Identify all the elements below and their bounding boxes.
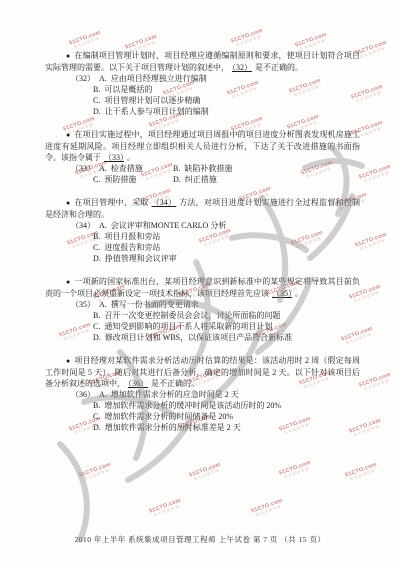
option-label: D. bbox=[93, 333, 101, 342]
question-34-stem: ●在项目管理中，采取（34）方法，对项目进度计划实施进行全过程监督和控制是经济和… bbox=[45, 197, 360, 220]
exam-paper-page: 51CTO.com技术成就梦想51CTO.com技术成就梦想51CTO.com技… bbox=[0, 0, 400, 565]
exam-content: ●在编制项目管理计划时，项目经理应遵循编制原则和要求，使项目计划符合项目实际管理… bbox=[45, 50, 360, 445]
option-label: D. bbox=[173, 175, 181, 184]
question-number: （32） bbox=[71, 74, 95, 83]
stamp-slogan-text: 技术成就梦想 bbox=[147, 502, 186, 519]
bullet-icon: ● bbox=[66, 199, 70, 207]
bullet-icon: ● bbox=[66, 357, 70, 365]
option-36-d: D.增加软件需求分析的历时标准差是 2 天 bbox=[93, 422, 360, 433]
option-text: 进度报告和旁站 bbox=[104, 243, 160, 252]
51cto-stamp-watermark: 51CTO.com技术成就梦想 bbox=[248, 497, 289, 519]
stamp-slogan-text: 技术成就梦想 bbox=[277, 464, 316, 481]
stamp-site-text: 51CTO.com bbox=[228, 27, 267, 45]
question-34-options: （34）A.会议评审和MONTE CARLO 分析 B.项目月报和旁站 C.进度… bbox=[45, 220, 360, 264]
option-35-a: （35）A.撰写一份书面的变更请求 bbox=[71, 299, 360, 310]
option-label: C. bbox=[93, 175, 100, 184]
51cto-stamp-watermark: 51CTO.com技术成就梦想 bbox=[276, 459, 317, 481]
option-34-d: D.挣值管理和会议评审 bbox=[93, 253, 360, 264]
stem-text: 一项新的国家标准出台，某项目经理意识到新标准中的某些规定将导致其目前负责的一个项… bbox=[45, 277, 360, 298]
option-label: D. bbox=[93, 254, 101, 263]
blank-32: （32） bbox=[229, 63, 255, 72]
option-33-b: B.缺陷补救措施 bbox=[173, 163, 360, 174]
option-36-c: C.增加软件需求分析的时间储备是 20% bbox=[93, 411, 360, 422]
51cto-stamp-watermark: 51CTO.com技术成就梦想 bbox=[342, 461, 383, 483]
question-number: （36） bbox=[71, 390, 95, 399]
question-32-stem: ●在编制项目管理计划时，项目经理应遵循编制原则和要求，使项目计划符合项目实际管理… bbox=[45, 50, 360, 73]
option-text: 挣值管理和会议评审 bbox=[105, 254, 177, 263]
option-34-b: B.项目月报和旁站 bbox=[93, 231, 360, 242]
option-33-a: （33）A.检查措施 bbox=[71, 163, 173, 174]
blank-34: （34） bbox=[149, 198, 180, 207]
option-label: D. bbox=[93, 107, 101, 116]
stamp-slogan-text: 技术成就梦想 bbox=[357, 168, 396, 185]
stamp-site-text: 51CTO.com bbox=[146, 497, 185, 515]
page-footer: 2010 年上半年 系统集成项目管理工程师 上午试卷 第 7 页 （共 15 页… bbox=[0, 534, 400, 545]
option-32-b: B.可以是概括的 bbox=[93, 84, 360, 95]
option-label: A. bbox=[99, 300, 107, 309]
bullet-icon: ● bbox=[66, 131, 70, 139]
stem-text: 在项目实施过程中，项目经理通过项目周报中的项目进度分析图表发现机房施工进度有延期… bbox=[45, 130, 360, 162]
51cto-stamp-watermark: 51CTO.com技术成就梦想 bbox=[76, 461, 117, 483]
option-label: B. bbox=[173, 164, 180, 173]
question-32-options: （32）A.应由项目经理独立进行编制 B.可以是概括的 C.项目管理计划可以逐步… bbox=[45, 73, 360, 117]
question-34: ●在项目管理中，采取（34）方法，对项目进度计划实施进行全过程监督和控制是经济和… bbox=[45, 197, 360, 264]
stamp-slogan-text: 技术成就梦想 bbox=[343, 466, 382, 483]
question-33-options: （33）A.检查措施 B.缺陷补救措施 C.预防措施 D.纠正措施 bbox=[71, 163, 360, 185]
option-32-c: C.项目管理计划可以逐步精确 bbox=[93, 95, 360, 106]
option-36-a: （36）A.增加软件需求分析的应急时间是 2 天 bbox=[71, 389, 360, 400]
option-text: 纠正措施 bbox=[185, 175, 217, 184]
51cto-stamp-watermark: 51CTO.com技术成就梦想 bbox=[146, 497, 187, 519]
option-text: 预防措施 bbox=[104, 175, 136, 184]
question-36-stem: ●项目经理对某软件需求分析活动历时估算的结果是：该活动用时 2 周（假定每周工作… bbox=[45, 355, 360, 389]
option-label: A. bbox=[99, 164, 107, 173]
option-text: 可以是概括的 bbox=[104, 85, 152, 94]
option-label: B. bbox=[93, 401, 100, 410]
question-35-options: （35）A.撰写一份书面的变更请求 B.召开一次变更控制委员会会议，讨论所面临的… bbox=[45, 299, 360, 343]
stamp-slogan-text: 技术成就梦想 bbox=[187, 466, 226, 483]
stamp-site-text: 51CTO.com bbox=[276, 459, 315, 477]
stamp-site-text: 51CTO.com bbox=[292, 31, 331, 49]
option-text: 项目月报和旁站 bbox=[104, 232, 160, 241]
option-label: A. bbox=[99, 74, 107, 83]
stem-text: 项目经理对某软件需求分析活动历时估算的结果是：该活动用时 2 周（假定每周工作时… bbox=[45, 356, 360, 388]
option-36-b: B.增加软件需求分析的缓冲时间是该活动历时的 20% bbox=[93, 400, 360, 411]
question-number: （35） bbox=[71, 300, 95, 309]
option-34-a: （34）A.会议评审和MONTE CARLO 分析 bbox=[71, 220, 360, 231]
option-label: D. bbox=[93, 423, 101, 432]
option-text: 修改项目计划和 WBS，以保证该项目产品符合新标准 bbox=[105, 333, 292, 342]
option-text: 缺陷补救措施 bbox=[184, 164, 232, 173]
stamp-site-text: 51CTO.com bbox=[186, 461, 225, 479]
option-text: 项目管理计划可以逐步精确 bbox=[104, 96, 200, 105]
option-text: 召开一次变更控制委员会会议，讨论所面临的问题 bbox=[104, 311, 280, 320]
option-text: 增加软件需求分析的应急时间是 2 天 bbox=[111, 390, 239, 399]
option-33-d: D.纠正措施 bbox=[173, 174, 360, 185]
option-35-d: D.修改项目计划和 WBS，以保证该项目产品符合新标准 bbox=[93, 332, 360, 343]
option-label: B. bbox=[93, 311, 100, 320]
blank-33: （33） bbox=[101, 153, 127, 162]
stem-text: 是不正确的。 bbox=[151, 379, 199, 388]
question-35-stem: ●一项新的国家标准出台，某项目经理意识到新标准中的某些规定将导致其目前负责的一个… bbox=[45, 276, 360, 299]
stamp-site-text: 51CTO.com bbox=[76, 461, 115, 479]
stamp-site-text: 51CTO.com bbox=[342, 461, 381, 479]
stamp-site-text: 51CTO.com bbox=[356, 163, 395, 181]
option-text: 增加软件需求分析的缓冲时间是该活动历时的 20% bbox=[104, 401, 281, 410]
stamp-slogan-text: 技术成就梦想 bbox=[67, 34, 106, 51]
bullet-icon: ● bbox=[66, 278, 70, 286]
option-35-b: B.召开一次变更控制委员会会议，讨论所面临的问题 bbox=[93, 310, 360, 321]
option-32-a: （32）A.应由项目经理独立进行编制 bbox=[71, 73, 360, 84]
option-text: 增加软件需求分析的历时标准差是 2 天 bbox=[105, 423, 241, 432]
51cto-stamp-watermark: 51CTO.com技术成就梦想 bbox=[356, 371, 397, 393]
stem-text: 在编制项目管理计划时，项目经理应遵循编制原则和要求，使项目计划符合项目实际管理的… bbox=[45, 51, 360, 72]
stem-text: 。 bbox=[127, 153, 135, 162]
option-34-c: C.进度报告和旁站 bbox=[93, 242, 360, 253]
51cto-stamp-watermark: 51CTO.com技术成就梦想 bbox=[66, 29, 107, 51]
stem-text: 。 bbox=[295, 289, 303, 298]
question-36: ●项目经理对某软件需求分析活动历时估算的结果是：该活动用时 2 周（假定每周工作… bbox=[45, 355, 360, 433]
stamp-site-text: 51CTO.com bbox=[356, 371, 395, 389]
question-33: ●在项目实施过程中，项目经理通过项目周报中的项目进度分析图表发现机房施工进度有延… bbox=[45, 129, 360, 185]
option-text: 让干系人参与项目计划的编制 bbox=[105, 107, 209, 116]
51cto-stamp-watermark: 51CTO.com技术成就梦想 bbox=[186, 461, 227, 483]
option-label: A. bbox=[99, 221, 107, 230]
stamp-slogan-text: 技术成就梦想 bbox=[357, 376, 396, 393]
option-text: 检查措施 bbox=[111, 164, 143, 173]
stamp-slogan-text: 技术成就梦想 bbox=[77, 466, 116, 483]
stamp-slogan-text: 技术成就梦想 bbox=[249, 502, 288, 519]
blank-35: （35） bbox=[269, 289, 295, 298]
option-33-c: C.预防措施 bbox=[71, 174, 173, 185]
question-36-options: （36）A.增加软件需求分析的应急时间是 2 天 B.增加软件需求分析的缓冲时间… bbox=[45, 389, 360, 433]
option-label: C. bbox=[93, 412, 100, 421]
stamp-slogan-text: 技术成就梦想 bbox=[229, 32, 268, 49]
bullet-icon: ● bbox=[66, 52, 70, 60]
question-number: （34） bbox=[71, 221, 95, 230]
option-label: C. bbox=[93, 96, 100, 105]
option-label: C. bbox=[93, 322, 100, 331]
question-number: （33） bbox=[71, 164, 95, 173]
blank-36: （36） bbox=[125, 379, 151, 388]
stamp-site-text: 51CTO.com bbox=[66, 29, 105, 47]
51cto-stamp-watermark: 51CTO.com技术成就梦想 bbox=[356, 163, 397, 185]
question-33-stem: ●在项目实施过程中，项目经理通过项目周报中的项目进度分析图表发现机房施工进度有延… bbox=[45, 129, 360, 163]
question-32: ●在编制项目管理计划时，项目经理应遵循编制原则和要求，使项目计划符合项目实际管理… bbox=[45, 50, 360, 117]
stem-text: 在项目管理中，采取 bbox=[74, 198, 148, 207]
option-label: B. bbox=[93, 232, 100, 241]
option-text: 应由项目经理独立进行编制 bbox=[111, 74, 207, 83]
51cto-stamp-watermark: 51CTO.com技术成就梦想 bbox=[228, 27, 269, 49]
question-35: ●一项新的国家标准出台，某项目经理意识到新标准中的某些规定将导致其目前负责的一个… bbox=[45, 276, 360, 343]
stem-text: 是不正确的。 bbox=[255, 63, 303, 72]
option-text: 撰写一份书面的变更请求 bbox=[111, 300, 199, 309]
option-text: 增加软件需求分析的时间储备是 20% bbox=[104, 412, 233, 421]
option-label: C. bbox=[93, 243, 100, 252]
option-text: 通知受到影响的项目干系人将采取新的项目计划 bbox=[104, 322, 272, 331]
stamp-site-text: 51CTO.com bbox=[248, 497, 287, 515]
option-32-d: D.让干系人参与项目计划的编制 bbox=[93, 106, 360, 117]
option-label: A. bbox=[99, 390, 107, 399]
option-label: B. bbox=[93, 85, 100, 94]
option-35-c: C.通知受到影响的项目干系人将采取新的项目计划 bbox=[93, 321, 360, 332]
option-text: 会议评审和MONTE CARLO 分析 bbox=[111, 221, 227, 230]
